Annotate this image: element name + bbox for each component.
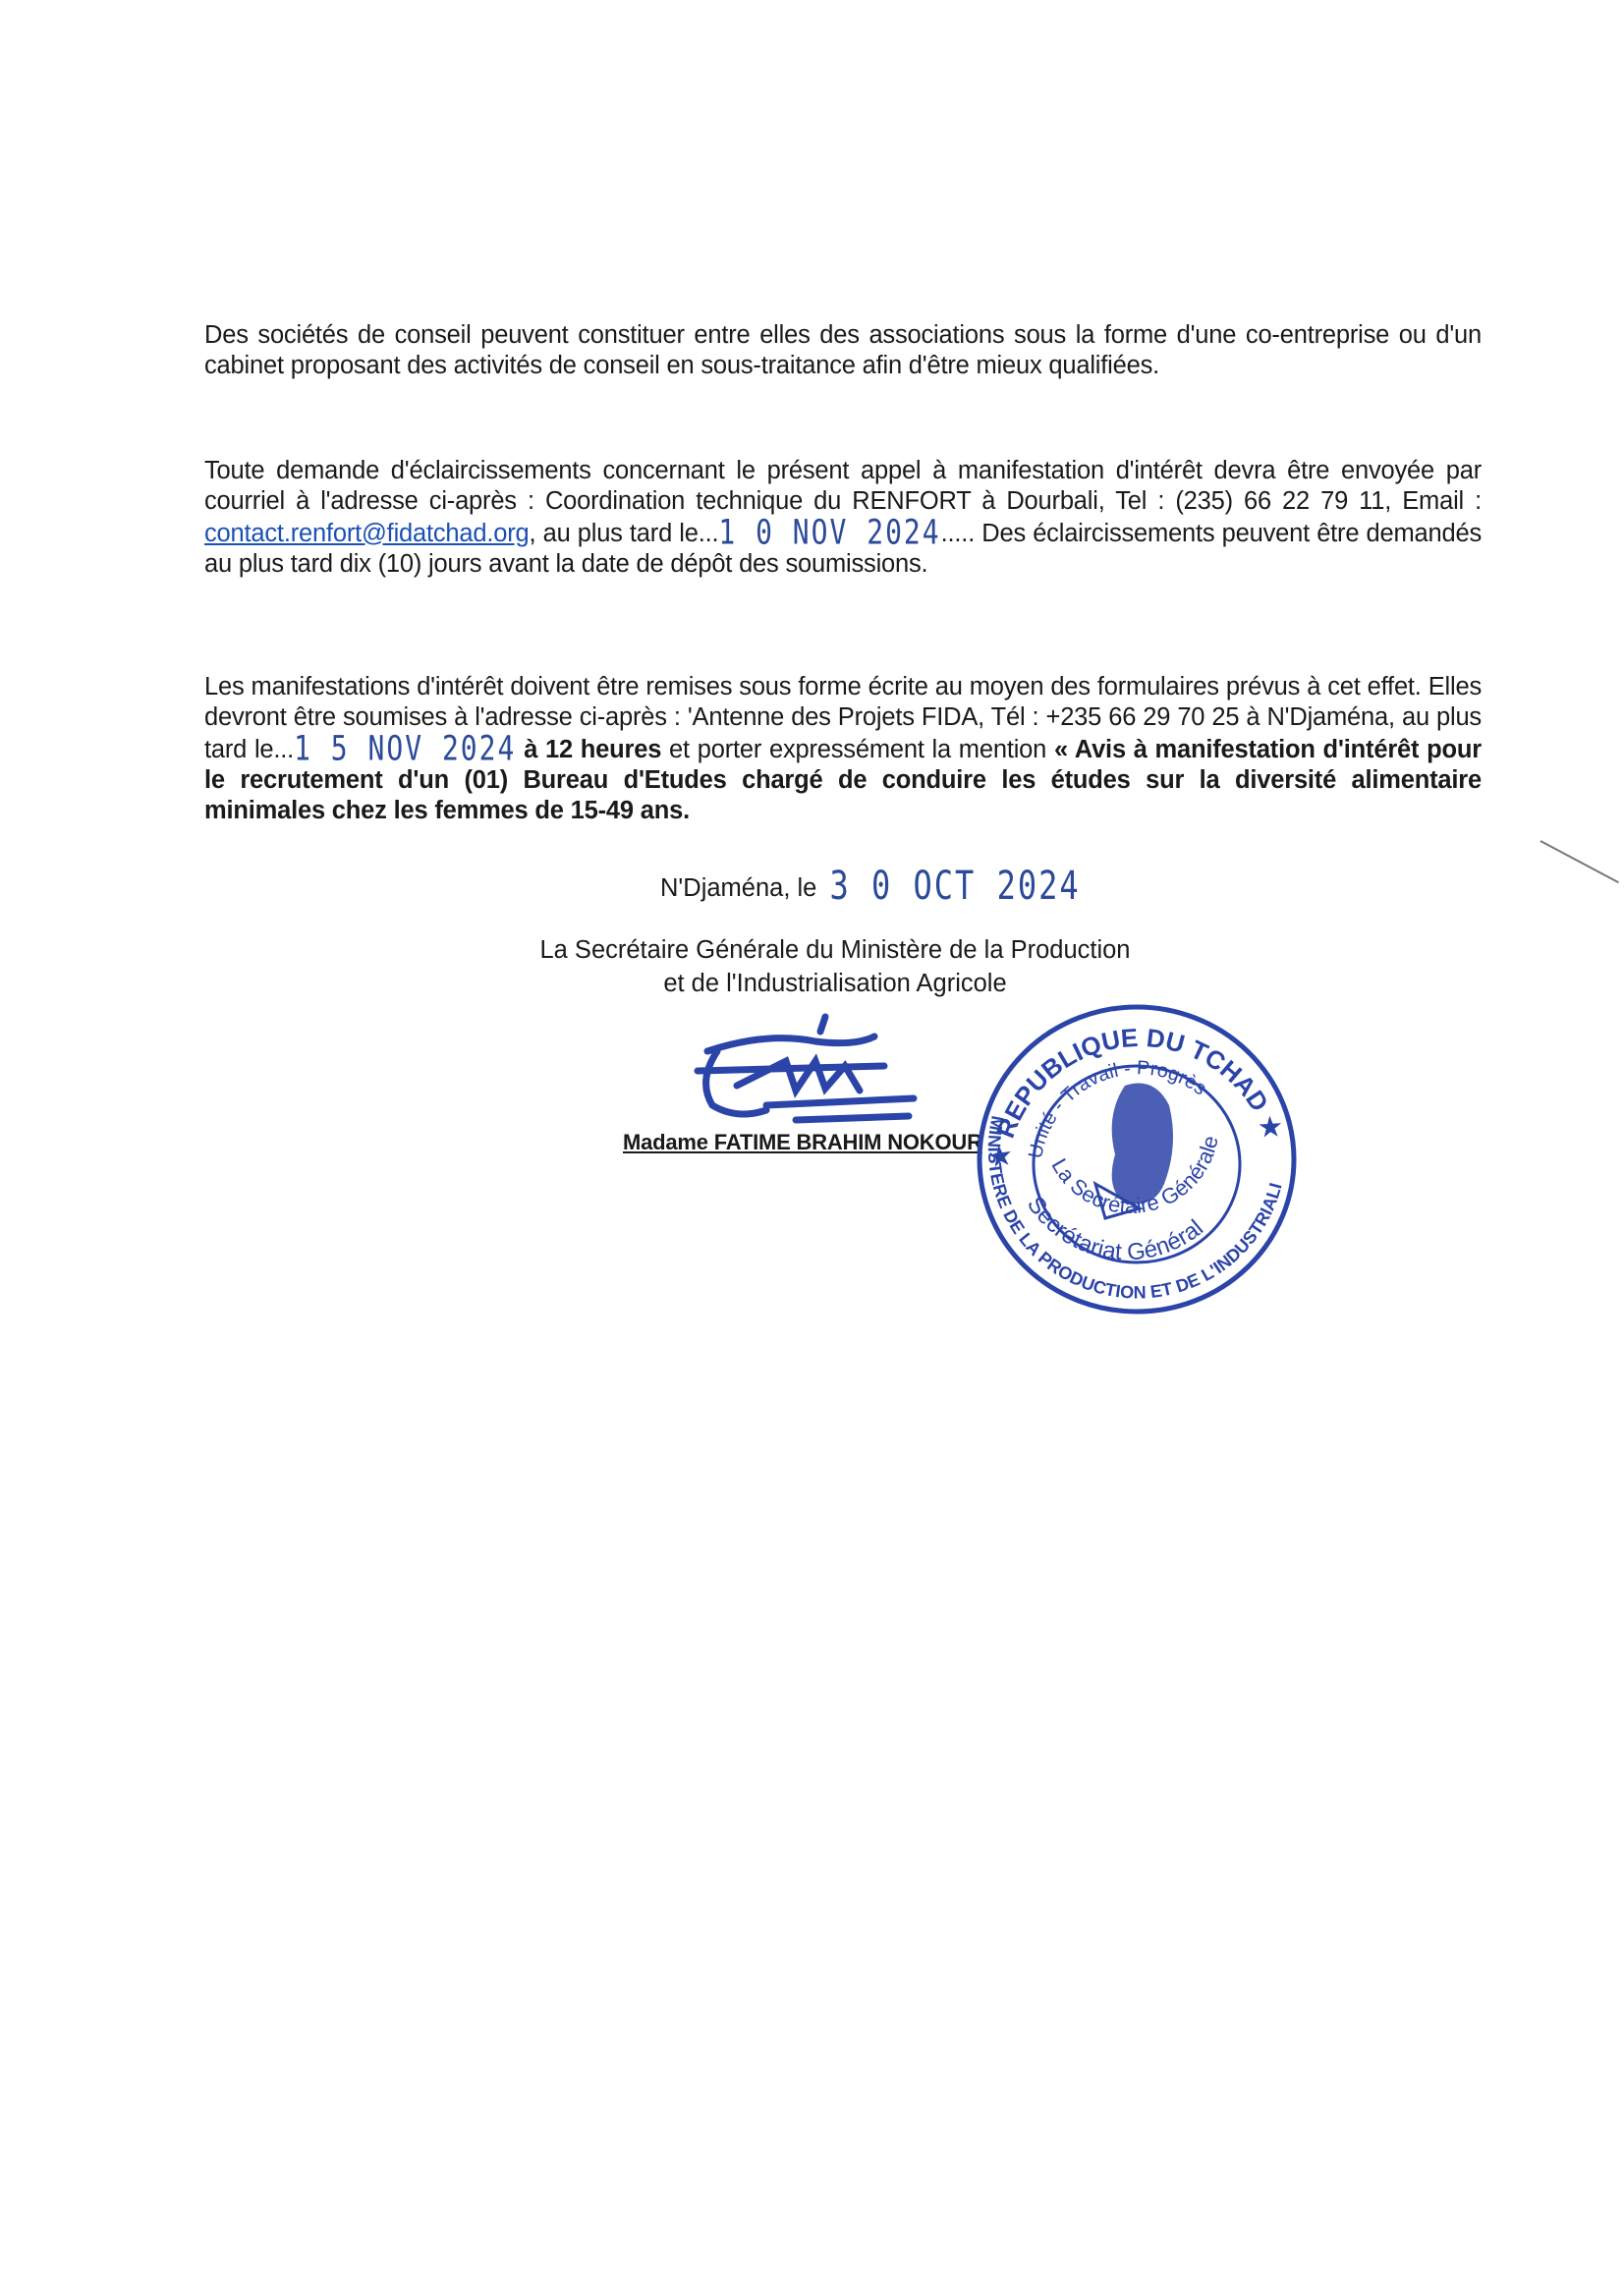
paragraph-submission: Les manifestations d'intérêt doivent êtr… xyxy=(204,672,1482,826)
clarifications-text: Toute demande d'éclaircissements concern… xyxy=(204,457,1482,515)
signer-name: Madame FATIME BRAHIM NOKOUR xyxy=(623,1130,982,1155)
clarifications-deadline-text: , au plus tard le... xyxy=(530,520,719,547)
signature-date-stamp: 3 0 OCT 2024 xyxy=(829,862,1080,909)
signer-title-line-2: et de l'Industrialisation Agricole xyxy=(491,967,1179,1000)
handwritten-signature-icon xyxy=(678,1012,924,1130)
paragraph-consortium: Des sociétés de conseil peuvent constitu… xyxy=(204,320,1482,381)
submission-mention-text: et porter expressément la mention xyxy=(661,736,1054,763)
paragraph-clarifications: Toute demande d'éclaircissements concern… xyxy=(204,456,1482,580)
clarification-date-stamp: 1 0 NOV 2024 xyxy=(718,513,940,551)
place-prefix: N'Djaména, le xyxy=(660,874,816,902)
contact-email-link[interactable]: contact.renfort@fidatchad.org xyxy=(204,520,530,547)
official-seal-icon: ★ REPUBLIQUE DU TCHAD ★ MINISTERE DE LA … xyxy=(968,997,1307,1321)
submission-time: à 12 heures xyxy=(524,736,661,763)
submission-date-stamp: 1 5 NOV 2024 xyxy=(294,729,516,767)
stray-pen-mark xyxy=(1540,840,1619,883)
signer-title-line-1: La Secrétaire Générale du Ministère de l… xyxy=(491,933,1179,967)
place-and-date: N'Djaména, le 3 0 OCT 2024 xyxy=(660,867,1081,904)
signer-title: La Secrétaire Générale du Ministère de l… xyxy=(491,933,1179,1000)
